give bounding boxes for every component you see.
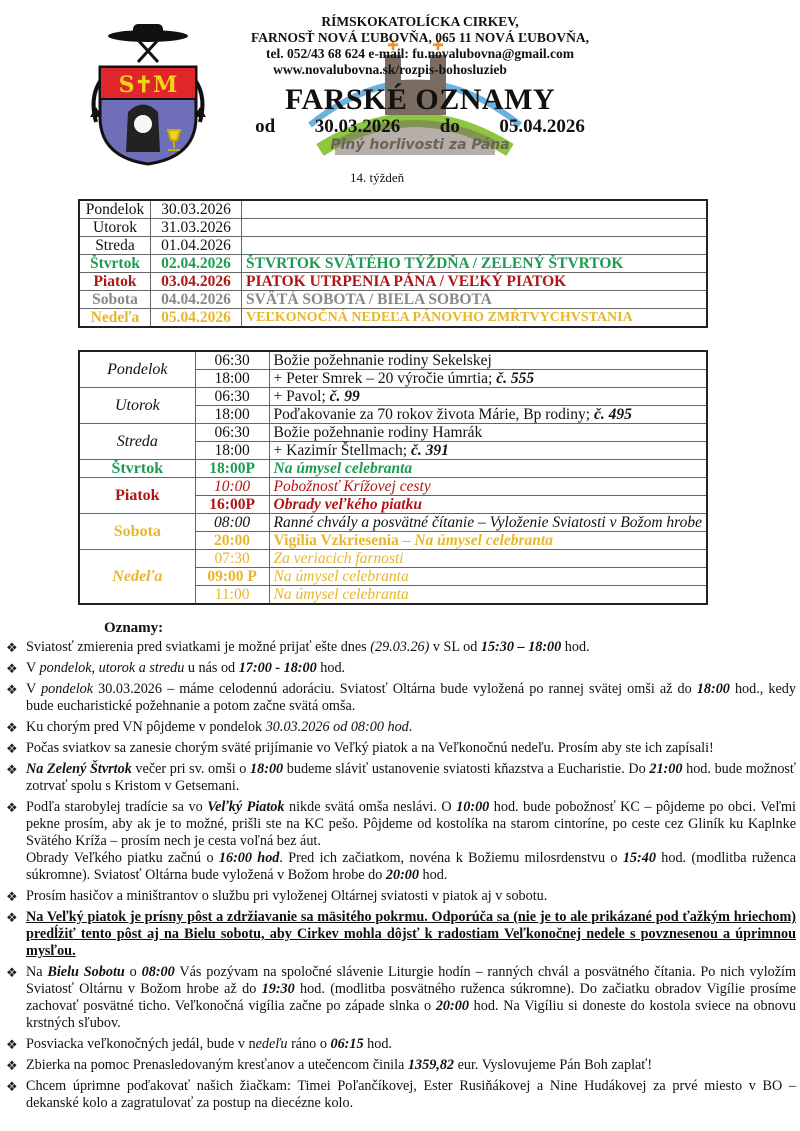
document-header: RÍMSKOKATOLÍCKA CIRKEV, FARNOSŤ NOVÁ ĽUB…: [220, 14, 620, 153]
mass-time: 06:30: [195, 388, 269, 406]
week-number: 14. týždeň: [350, 170, 404, 186]
day-name: Štvrtok: [79, 460, 195, 478]
mass-schedule-table: Pondelok 06:30 Božie požehnanie rodiny S…: [78, 350, 708, 605]
announcement-item: ❖ Posviacka veľkonočných jedál, bude v n…: [6, 1036, 796, 1053]
day-name: Piatok: [79, 273, 151, 291]
day-date: 01.04.2026: [151, 237, 242, 255]
page-title: FARSKÉ OZNAMY: [220, 84, 620, 116]
bullet-icon: ❖: [6, 964, 18, 981]
table-row: Piatok 10:00 Pobožnosť Krížovej cesty: [79, 478, 707, 496]
day-name: Pondelok: [79, 351, 195, 388]
to-label: do: [440, 116, 460, 138]
day-name: Nedeľa: [79, 550, 195, 605]
mass-time: 09:00 P: [195, 568, 269, 586]
mass-time: 18:00: [195, 406, 269, 424]
table-row: Streda 06:30 Božie požehnanie rodiny Ham…: [79, 424, 707, 442]
feast-name: ŠTVRTOK SVÄTÉHO TÝŽDŇA / ZELENÝ ŠTVRTOK: [242, 255, 708, 273]
table-row: Streda 01.04.2026: [79, 237, 707, 255]
mass-intention: + Peter Smrek – 20 výročie úmrtia; č. 55…: [269, 370, 707, 388]
announcement-item: ❖ Na Zelený Štvrtok večer pri sv. omši o…: [6, 761, 796, 795]
mass-intention: Pobožnosť Krížovej cesty: [269, 478, 707, 496]
mass-intention: Obrady veľkého piatku: [269, 496, 707, 514]
announcement-item: ❖ Chcem úprimne poďakovať našich žiačkam…: [6, 1078, 796, 1112]
day-name: Streda: [79, 424, 195, 460]
announcement-item: ❖ Ku chorým pred VN pôjdeme v pondelok 3…: [6, 719, 796, 736]
bullet-icon: ❖: [6, 1036, 18, 1053]
feast-name: [242, 237, 708, 255]
announcement-item: ❖ Na Bielu Sobotu o 08:00 Vás pozývam na…: [6, 964, 796, 1032]
mass-time: 11:00: [195, 586, 269, 605]
mass-time: 16:00P: [195, 496, 269, 514]
announcement-item: ❖ Počas sviatkov sa zanesie chorým sväté…: [6, 740, 796, 757]
day-name: Nedeľa: [79, 309, 151, 328]
announcement-item: ❖ Prosím hasičov a miništrantov o službu…: [6, 888, 796, 905]
announcement-item: ❖ V pondelok 30.03.2026 – máme celodennú…: [6, 681, 796, 715]
mass-intention: Vigília Vzkriesenia – Na úmysel celebran…: [269, 532, 707, 550]
day-name: Sobota: [79, 514, 195, 550]
parish-slogan: Plný horlivosti za Pána: [220, 137, 620, 153]
table-row: Pondelok 06:30 Božie požehnanie rodiny S…: [79, 351, 707, 370]
announcement-item: ❖ Zbierka na pomoc Prenasledovaným kresť…: [6, 1057, 796, 1074]
table-row: Štvrtok 02.04.2026 ŠTVRTOK SVÄTÉHO TÝŽDŇ…: [79, 255, 707, 273]
feast-name: [242, 219, 708, 237]
parish-coat-of-arms-logo: S✝M: [78, 22, 218, 167]
bullet-icon: ❖: [6, 639, 18, 656]
bullet-icon: ❖: [6, 719, 18, 736]
day-date: 31.03.2026: [151, 219, 242, 237]
bullet-icon: ❖: [6, 888, 18, 905]
announcement-item: ❖ Podľa starobylej tradície sa vo Veľký …: [6, 799, 796, 884]
day-name: Štvrtok: [79, 255, 151, 273]
table-row: Utorok 31.03.2026: [79, 219, 707, 237]
parish-address: FARNOSŤ NOVÁ ĽUBOVŇA, 065 11 NOVÁ ĽUBOVŇ…: [220, 30, 620, 46]
table-row: Pondelok 30.03.2026: [79, 200, 707, 219]
intention-number: č. 391: [411, 442, 449, 459]
bullet-icon: ❖: [6, 740, 18, 757]
mass-time: 20:00: [195, 532, 269, 550]
intention-number: č. 495: [594, 406, 632, 423]
date-range: od 30.03.2026 do 05.04.2026: [220, 116, 620, 138]
table-row: Sobota 04.04.2026 SVÄTÁ SOBOTA / BIELA S…: [79, 291, 707, 309]
table-row: Nedeľa 07:30 Za veriacich farnosti: [79, 550, 707, 568]
bullet-icon: ❖: [6, 660, 18, 677]
bullet-icon: ❖: [6, 761, 18, 778]
mass-intention: + Pavol; č. 99: [269, 388, 707, 406]
mass-intention: Za veriacich farnosti: [269, 550, 707, 568]
day-date: 03.04.2026: [151, 273, 242, 291]
day-date: 05.04.2026: [151, 309, 242, 328]
table-row: Piatok 03.04.2026 PIATOK UTRPENIA PÁNA /…: [79, 273, 707, 291]
mass-intention: + Kazimír Štellmach; č. 391: [269, 442, 707, 460]
mass-time: 18:00: [195, 370, 269, 388]
day-name: Sobota: [79, 291, 151, 309]
feast-name: [242, 200, 708, 219]
mass-intention: Božie požehnanie rodiny Sekelskej: [269, 351, 707, 370]
table-row: Sobota 08:00 Ranné chvály a posvätné čít…: [79, 514, 707, 532]
mass-intention: Na úmysel celebranta: [269, 460, 707, 478]
announcement-item: ❖ Sviatosť zmierenia pred sviatkami je m…: [6, 639, 796, 656]
mass-time: 18:00P: [195, 460, 269, 478]
intention-number: č. 99: [330, 388, 360, 405]
announcement-item: ❖ Na Veľký piatok je prísny pôst a zdrži…: [6, 909, 796, 960]
day-name: Utorok: [79, 388, 195, 424]
mass-intention: Poďakovanie za 70 rokov života Márie, Bp…: [269, 406, 707, 424]
mass-time: 07:30: [195, 550, 269, 568]
mass-time: 18:00: [195, 442, 269, 460]
day-name: Piatok: [79, 478, 195, 514]
parish-contact: tel. 052/43 68 624 e-mail: fu.novalubovn…: [220, 46, 620, 62]
day-date: 04.04.2026: [151, 291, 242, 309]
mass-intention: Ranné chvály a posvätné čítanie – Vylože…: [269, 514, 707, 532]
from-date: 30.03.2026: [315, 116, 401, 138]
mass-time: 06:30: [195, 424, 269, 442]
mass-intention: Božie požehnanie rodiny Hamrák: [269, 424, 707, 442]
parish-website: www.novalubovna.sk/rozpis-bohosluzieb: [220, 62, 560, 78]
svg-text:S✝M: S✝M: [119, 72, 178, 98]
bullet-icon: ❖: [6, 1078, 18, 1095]
table-row: Utorok 06:30 + Pavol; č. 99: [79, 388, 707, 406]
day-date: 02.04.2026: [151, 255, 242, 273]
feast-name: PIATOK UTRPENIA PÁNA / VEĽKÝ PIATOK: [242, 273, 708, 291]
day-name: Utorok: [79, 219, 151, 237]
mass-intention: Na úmysel celebranta: [269, 586, 707, 605]
intention-number: č. 555: [496, 370, 534, 387]
mass-time: 10:00: [195, 478, 269, 496]
mass-time: 08:00: [195, 514, 269, 532]
announcements-heading: Oznamy:: [104, 620, 163, 637]
bullet-icon: ❖: [6, 681, 18, 698]
mass-time: 06:30: [195, 351, 269, 370]
liturgical-calendar-table: Pondelok 30.03.2026 Utorok 31.03.2026 St…: [78, 199, 708, 328]
church-name: RÍMSKOKATOLÍCKA CIRKEV,: [220, 14, 620, 30]
day-name: Streda: [79, 237, 151, 255]
day-name: Pondelok: [79, 200, 151, 219]
announcement-item: ❖ V pondelok, utorok a stredu u nás od 1…: [6, 660, 796, 677]
table-row: Štvrtok 18:00P Na úmysel celebranta: [79, 460, 707, 478]
day-date: 30.03.2026: [151, 200, 242, 219]
announcements-list: ❖ Sviatosť zmierenia pred sviatkami je m…: [6, 639, 796, 1116]
from-label: od: [255, 116, 275, 138]
bullet-icon: ❖: [6, 1057, 18, 1074]
table-row: Nedeľa 05.04.2026 VEĽKONOČNÁ NEDEĽA PÁNO…: [79, 309, 707, 328]
mass-intention: Na úmysel celebranta: [269, 568, 707, 586]
feast-name: SVÄTÁ SOBOTA / BIELA SOBOTA: [242, 291, 708, 309]
to-date: 05.04.2026: [499, 116, 585, 138]
bullet-icon: ❖: [6, 799, 18, 816]
feast-name: VEĽKONOČNÁ NEDEĽA PÁNOVHO ZMŔTVYCHVSTANI…: [242, 309, 708, 328]
bullet-icon: ❖: [6, 909, 18, 926]
